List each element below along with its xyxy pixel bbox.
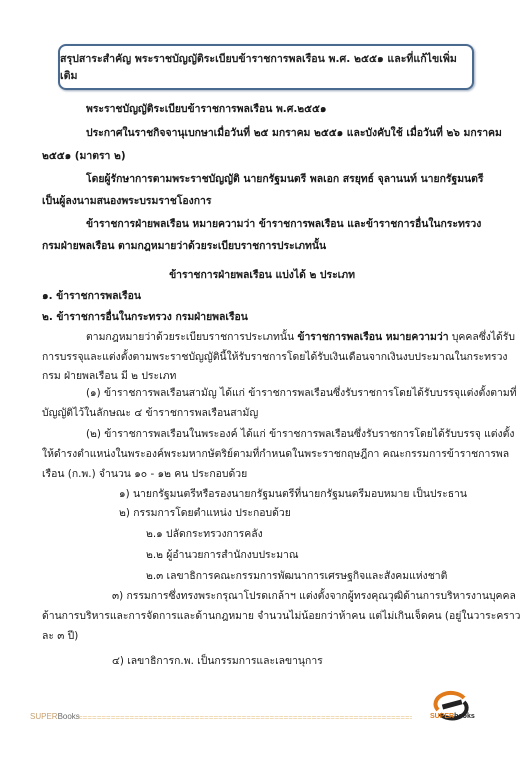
- committee-member-2: ๒) กรรมการโดยตำแหน่ง ประกอบด้วย: [119, 506, 291, 520]
- document-title: สรุปสาระสำคัญ พระราชบัญญัติระเบียบข้าราช…: [60, 50, 472, 84]
- para1-pre: ตามกฎหมายว่าด้วยระเบียบราชการประเภทนั้น: [86, 331, 297, 343]
- para1-bold: ข้าราชการพลเรือน หมายความว่า: [297, 331, 448, 343]
- item2-line-1: (๒) ข้าราชการพลเรือนในพระองค์ ได้แก่ ข้า…: [86, 427, 514, 441]
- committee-member-2-1: ๒.๑ ปลัดกระทรวงการคลัง: [146, 527, 263, 541]
- committee-member-3-line-3: ละ ๓ ปี): [42, 629, 78, 643]
- definition-line-2: กรมฝ่ายพลเรือน ตามกฎหมายว่าด้วยระเบียบรา…: [42, 239, 326, 253]
- item1-line-2: บัญญัติไว้ในลักษณะ ๔ ข้าราชการพลเรือนสาม…: [42, 406, 258, 420]
- act-name: พระราชบัญญัติระเบียบข้าราชการพลเรือน พ.ศ…: [86, 102, 326, 116]
- para1-line-3: กรม ฝ่ายพลเรือน มี ๒ ประเภท: [42, 369, 176, 383]
- enforcer-line-2: เป็นผู้ลงนามสนองพระบรมราชโองการ: [42, 194, 211, 208]
- logo-super: SUPER: [430, 713, 454, 720]
- announce-line-1: ประกาศในราชกิจจานุเบกษาเมื่อวันที่ ๒๕ มก…: [86, 126, 502, 140]
- para1-line-1: ตามกฎหมายว่าด้วยระเบียบราชการประเภทนั้น …: [86, 330, 515, 344]
- footer-brand: SUPERBooks: [30, 712, 80, 721]
- section-heading: ข้าราชการฝ่ายพลเรือน แบ่งได้ ๒ ประเภท: [0, 268, 524, 282]
- logo-books: books: [454, 713, 475, 720]
- para1-line-2: การบรรจุและแต่งตั้งตามพระราชบัญญัตินี้ให…: [42, 350, 507, 364]
- para1-post: บุคคลซึ่งได้รับ: [449, 331, 515, 343]
- footer-logo-text: SUPERbooks: [430, 713, 475, 720]
- type-2: ๒. ข้าราชการอื่นในกระทรวง กรมฝ่ายพลเรือน: [42, 310, 248, 324]
- document-title-box: สรุปสาระสำคัญ พระราชบัญญัติระเบียบข้าราช…: [58, 44, 474, 90]
- footer-divider: ========================================…: [78, 713, 412, 722]
- enforcer-line-1: โดยผู้รักษาการตามพระราชบัญญัติ นายกรัฐมน…: [86, 172, 484, 186]
- announce-line-2: ๒๕๕๑ (มาตรา ๒): [42, 149, 126, 163]
- footer-brand-books: Books: [58, 712, 80, 721]
- item2-line-3: เรือน (ก.พ.) จำนวน ๑๐ - ๑๒ คน ประกอบด้วย: [42, 467, 247, 481]
- committee-member-2-3: ๒.๓ เลขาธิการคณะกรรมการพัฒนาการเศรษฐกิจแ…: [146, 569, 447, 583]
- item1-line-1: (๑) ข้าราชการพลเรือนสามัญ ได้แก่ ข้าราชก…: [86, 386, 517, 400]
- committee-member-3-line-1: ๓) กรรมการซึ่งทรงพระกรุณาโปรดเกล้าฯ แต่ง…: [112, 589, 516, 603]
- committee-member-1: ๑) นายกรัฐมนตรีหรือรองนายกรัฐมนตรีที่นาย…: [119, 487, 467, 501]
- committee-member-2-2: ๒.๒ ผู้อำนวยการสำนักงบประมาณ: [146, 548, 299, 562]
- committee-member-4: ๔) เลขาธิการก.พ. เป็นกรรมการและเลขานุการ: [112, 654, 323, 668]
- type-1: ๑. ข้าราชการพลเรือน: [42, 289, 141, 303]
- item2-line-2: ให้ดำรงตำแหน่งในพระองค์พระมหากษัตริย์ตาม…: [42, 447, 509, 461]
- committee-member-3-line-2: ด้านการบริหารและการจัดการและด้านกฎหมาย จ…: [42, 609, 521, 623]
- definition-line-1: ข้าราชการฝ่ายพลเรือน หมายความว่า ข้าราชก…: [86, 217, 481, 231]
- footer-brand-super: SUPER: [30, 712, 58, 721]
